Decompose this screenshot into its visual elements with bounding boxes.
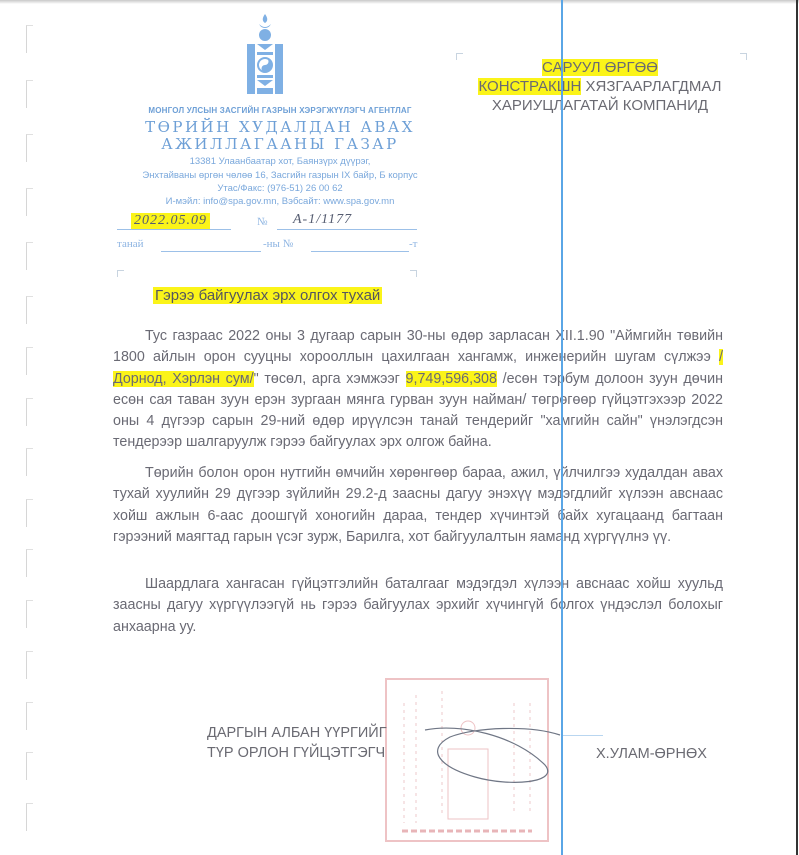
- reference-row: 2022.05.09 № А-1/1177: [117, 215, 417, 235]
- body-paragraph-2: Төрийн болон орон нутгийн өмчийн хөрөнгө…: [113, 463, 723, 548]
- horizontal-guide-line: [563, 735, 603, 736]
- recipient-line2-rest: ХЯЗГААРЛАГДМАЛ: [581, 78, 721, 95]
- vertical-guide-line: [561, 0, 563, 855]
- signatory-title: ДАРГЫН АЛБАН ҮҮРГИЙГ ТҮР ОРЛОН ГҮЙЦЭТГЭГ…: [207, 723, 387, 763]
- phone-line: Утас/Факс: (976-51) 26 00 62: [113, 183, 447, 194]
- handwritten-signature-icon: [420, 705, 565, 795]
- your-reference-row: танай -ны № -т: [117, 237, 417, 257]
- page-right-border: [796, 0, 798, 855]
- recipient-line2-highlight: КОНСТРАКШН: [478, 78, 581, 95]
- top-shadow: [0, 0, 799, 4]
- body-paragraph-1: Тус газраас 2022 оны 3 дугаар сарын 30-н…: [113, 326, 723, 454]
- corner-mark: [117, 270, 124, 277]
- soyombo-emblem-icon: [245, 12, 285, 96]
- highlight-amount: 9,749,596,308: [406, 371, 497, 387]
- recipient-line3: ХАРИУЦЛАГАТАЙ КОМПАНИД: [455, 96, 745, 115]
- letter-number: А-1/1177: [293, 212, 352, 228]
- address-line2: Энхтайваны өргөн чөлөө 16, Засгийн газры…: [113, 170, 447, 181]
- end-suffix: -т: [409, 238, 417, 250]
- subject-line: Гэрээ байгуулах эрх олгох тухай: [153, 287, 382, 304]
- address-line1: 13381 Улаанбаатар хот, Баянзүрх дүүрэг,: [113, 156, 447, 167]
- your-suffix: -ны №: [263, 238, 293, 250]
- email-line: И-мэйл: info@spa.gov.mn, Вэбсайт: www.sp…: [113, 196, 447, 207]
- letter-date: 2022.05.09: [131, 213, 210, 229]
- recipient-line1: САРУУЛ ӨРГӨӨ: [542, 59, 658, 76]
- org-name-line1: ТӨРИЙН ХУДАЛДАН АВАХ: [113, 118, 447, 136]
- org-name-line2: АЖИЛЛАГААНЫ ГАЗАР: [113, 135, 447, 153]
- recipient-block: САРУУЛ ӨРГӨӨ КОНСТРАКШН ХЯЗГААРЛАГДМАЛ Х…: [455, 58, 745, 115]
- body-paragraph-3: Шаардлага хангасан гүйцэтгэлийн баталгаа…: [113, 574, 723, 638]
- signatory-name: Х.УЛАМ-ӨРНӨХ: [596, 746, 707, 762]
- number-label: №: [257, 216, 268, 228]
- your-label: танай: [117, 238, 143, 250]
- agency-line: МОНГОЛ УЛСЫН ЗАСГИЙН ГАЗРЫН ХЭРЭГЖҮҮЛЭГЧ…: [113, 106, 447, 115]
- corner-mark: [410, 270, 417, 277]
